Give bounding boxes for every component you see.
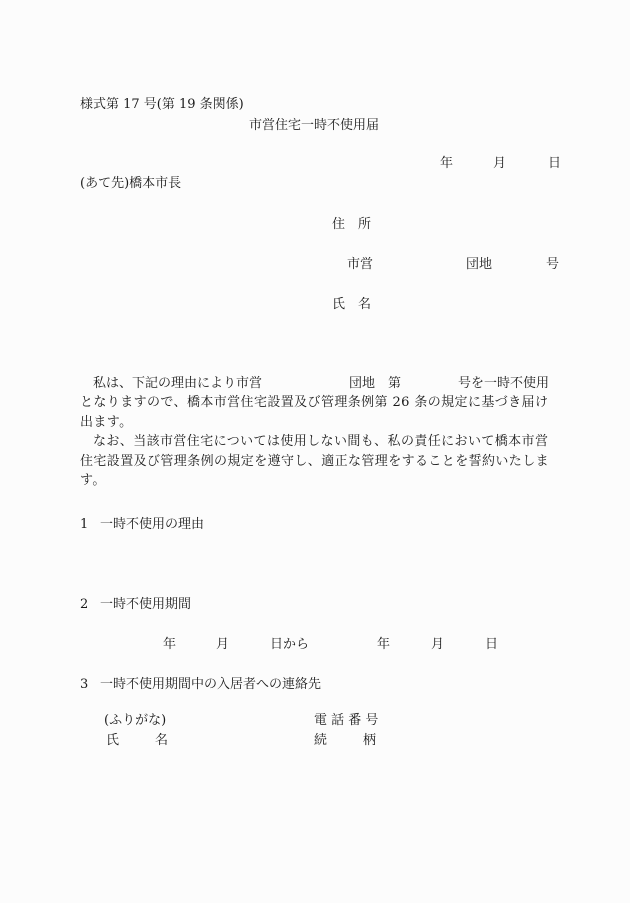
period-to-day: 日: [485, 637, 498, 653]
name-label: 氏 名: [332, 297, 371, 313]
document-title: 市営住宅一時不使用届: [249, 118, 379, 134]
contact-phone-label: 電 話 番 号: [314, 713, 378, 729]
period-from-year: 年: [163, 637, 176, 653]
section-1-number: 1: [80, 517, 88, 533]
contact-relation-label-2: 柄: [363, 733, 376, 749]
complex-label: 団地: [466, 257, 492, 273]
contact-name-label-2: 名: [155, 733, 168, 749]
contact-relation-label-1: 続: [314, 733, 327, 749]
section-2-number: 2: [80, 597, 88, 613]
section-3-title: 一時不使用期間中の入居者への連絡先: [100, 677, 321, 693]
number-label: 号: [546, 257, 559, 273]
section-3-number: 3: [80, 677, 88, 693]
body-line1-end: 号を一時不使用: [458, 376, 549, 392]
section-1-title: 一時不使用の理由: [100, 517, 204, 533]
section-2-title: 一時不使用期間: [100, 597, 191, 613]
body-paragraph-2-text: なお、当該市営住宅については使用しない間も、私の責任において橋本市営住宅設置及び…: [80, 434, 549, 488]
period-from-day: 日から: [270, 637, 309, 653]
body-line1-start: 私は、下記の理由により市営: [93, 376, 262, 392]
contact-name-label-1: 氏: [106, 733, 119, 749]
contact-furigana-label: (ふりがな): [104, 713, 166, 729]
city-housing-label: 市営: [347, 257, 373, 273]
period-from-month: 月: [216, 637, 229, 653]
addressee: (あて先)橋本市長: [80, 176, 181, 192]
body-paragraph-2: なお、当該市営住宅については使用しない間も、私の責任において橋本市営住宅設置及び…: [80, 432, 560, 491]
form-number: 様式第 17 号(第 19 条関係): [80, 97, 244, 113]
period-to-year: 年: [377, 637, 390, 653]
period-to-month: 月: [431, 637, 444, 653]
date-year-label: 年: [440, 156, 453, 172]
body-line1-complex: 団地 第: [349, 376, 401, 392]
date-month-label: 月: [493, 156, 506, 172]
date-day-label: 日: [548, 156, 561, 172]
address-label: 住 所: [332, 217, 371, 233]
body-paragraph-1-rest: となりますので、橋本市営住宅設置及び管理条例第 26 条の規定に基づき届け出ます…: [80, 393, 560, 432]
